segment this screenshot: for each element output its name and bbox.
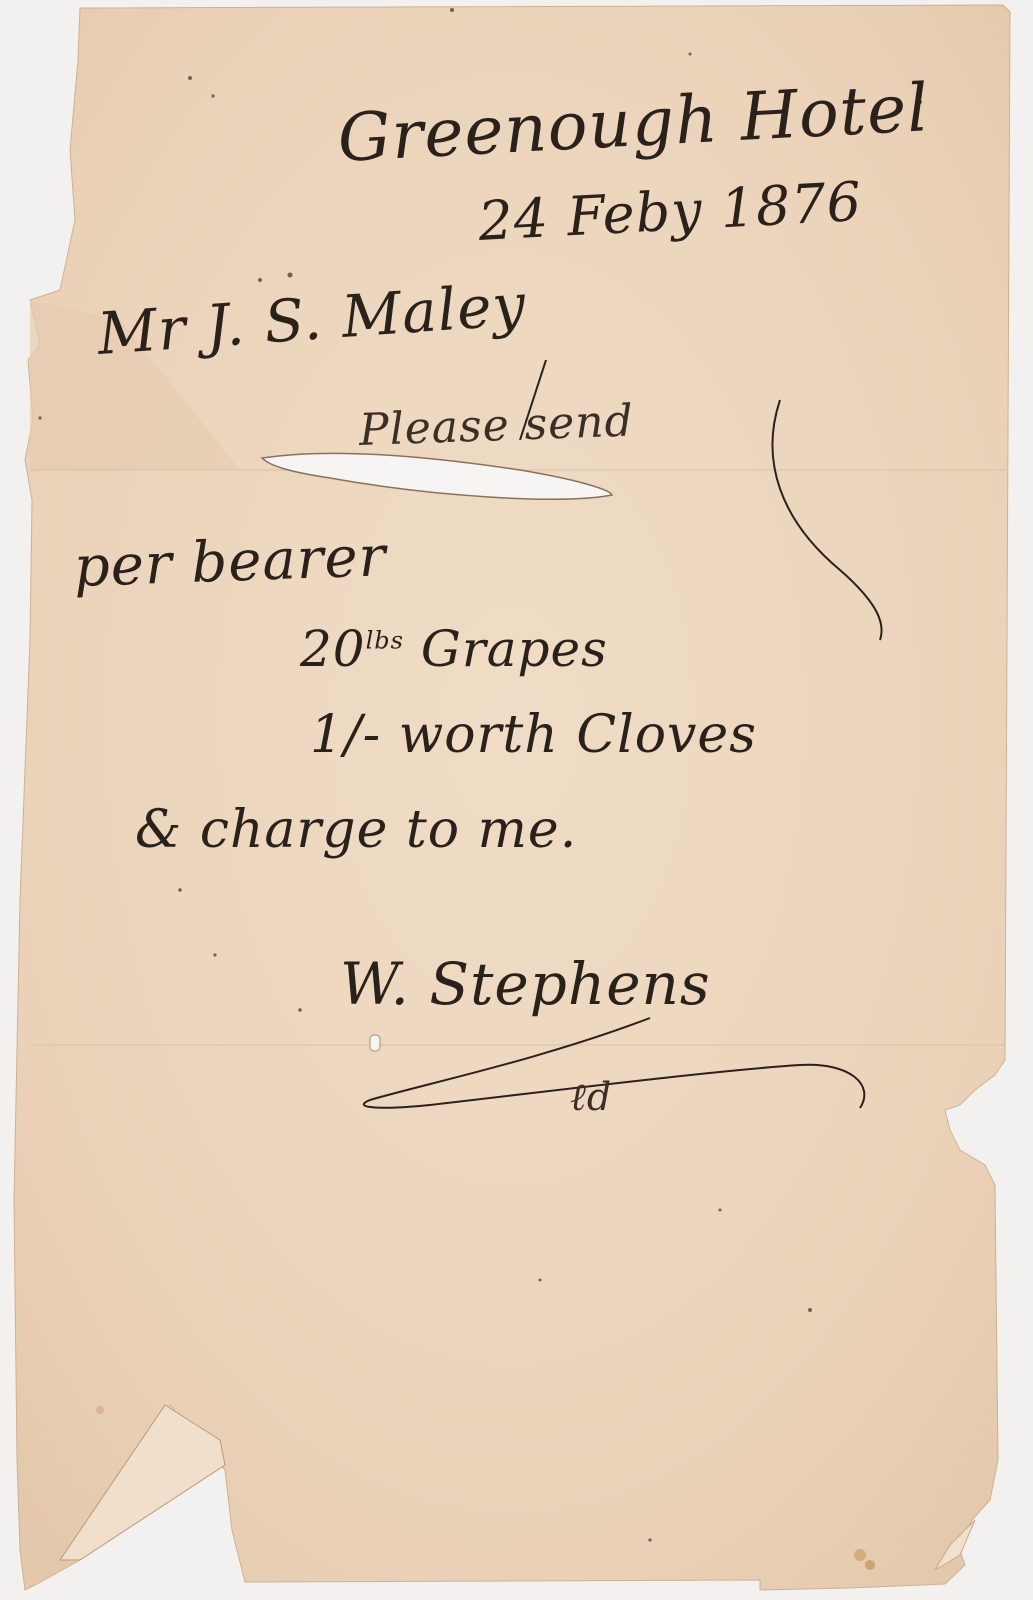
item-quantity: 20 [300, 620, 366, 678]
item-name: Grapes [421, 620, 608, 678]
item-grapes: 20lbs Grapes [300, 620, 608, 678]
item-unit: lbs [366, 626, 404, 654]
delivery-line: per bearer [73, 524, 388, 600]
signature: W. Stephens [340, 950, 711, 1018]
signature-flourish-mark: ℓd [570, 1075, 612, 1120]
closing-line: & charge to me. [135, 800, 577, 860]
item-unit: worth [399, 705, 559, 765]
item-cloves: 1/- worth Cloves [310, 705, 757, 765]
item-quantity: 1/- [310, 705, 381, 765]
request-line: Please send [358, 395, 634, 456]
item-name: Cloves [576, 705, 757, 765]
